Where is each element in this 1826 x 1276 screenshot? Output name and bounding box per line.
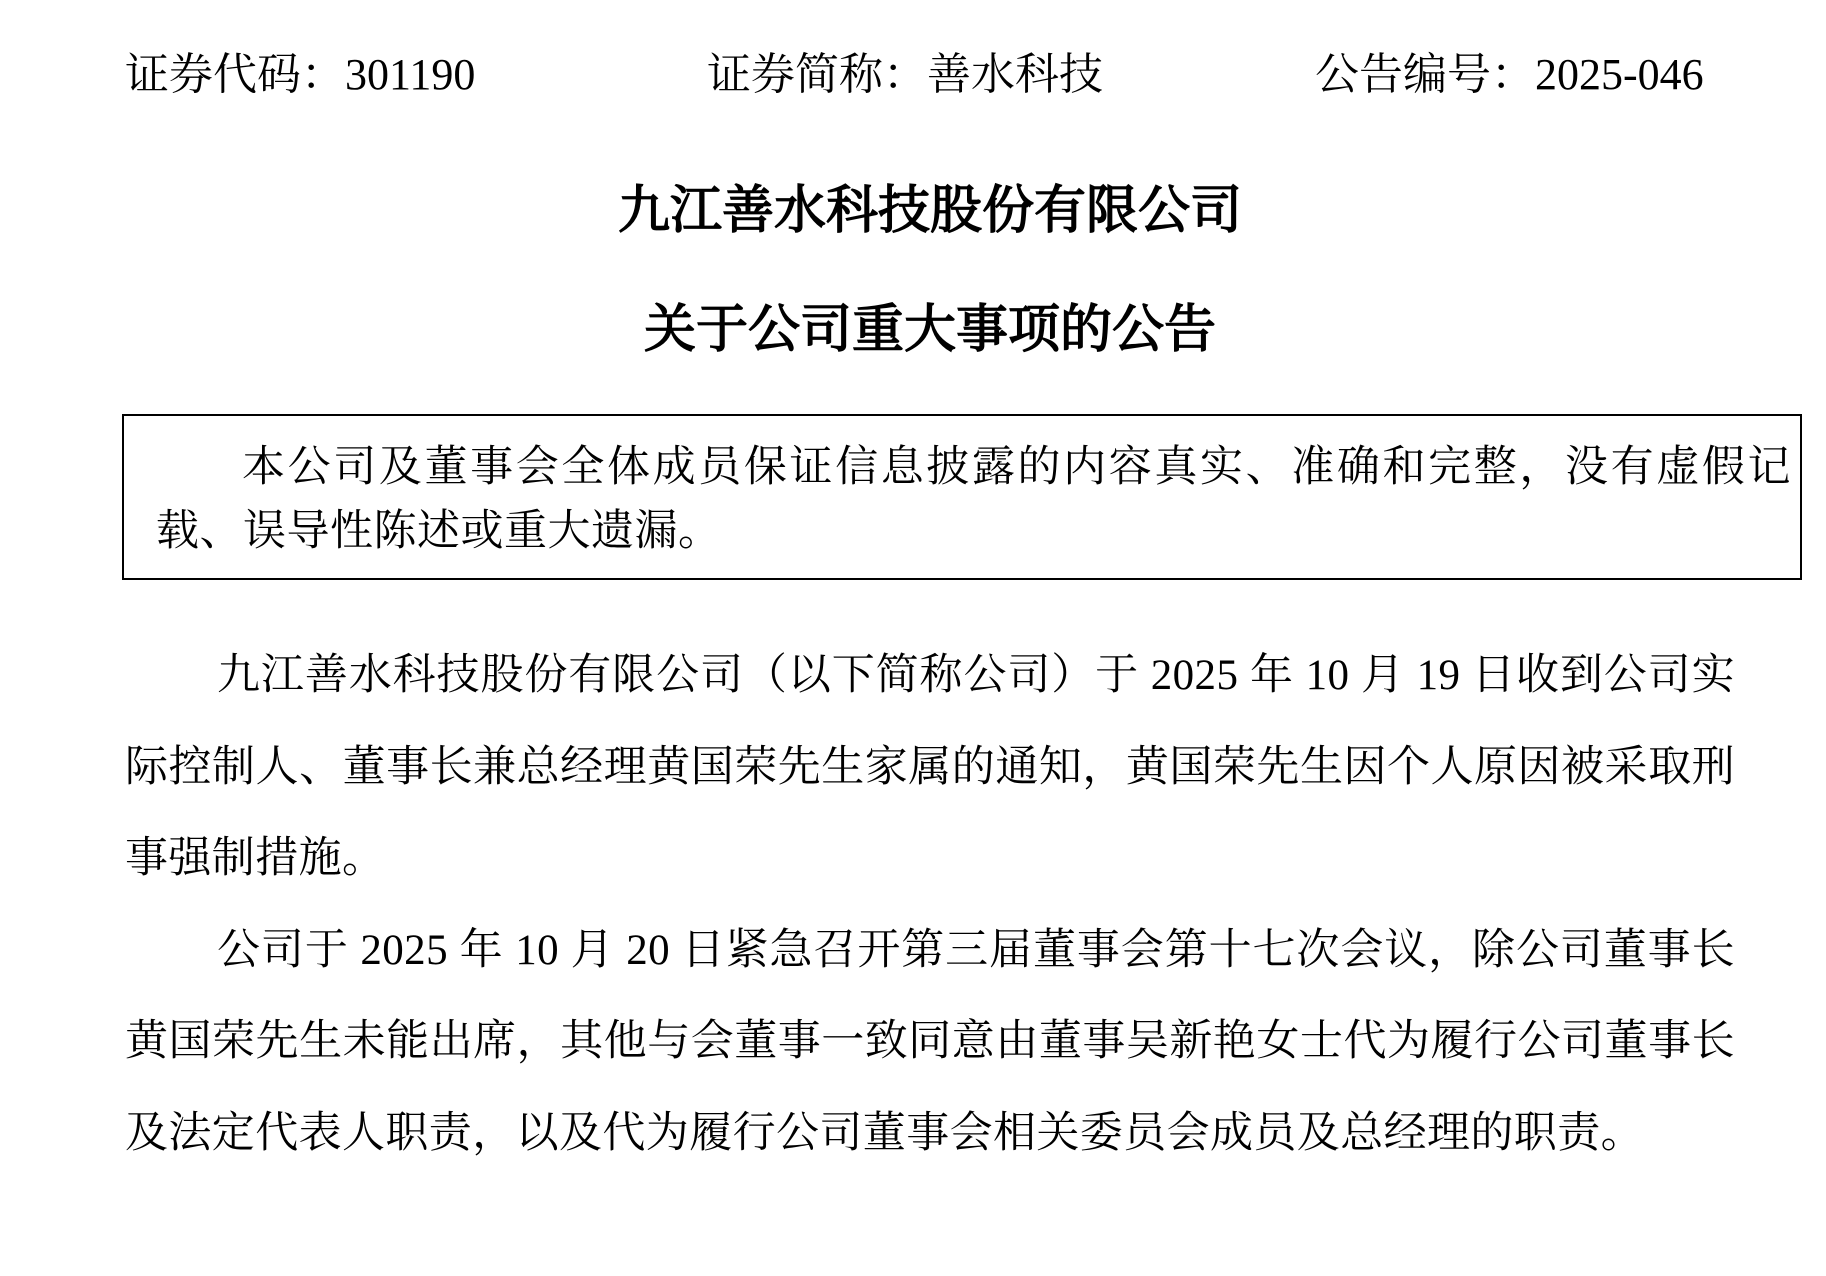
announcement-title: 关于公司重大事项的公告 — [0, 296, 1826, 366]
announcement-body: 九江善水科技股份有限公司（以下简称公司）于 2025 年 10 月 19 日收到… — [125, 630, 1735, 1179]
stock-short-name: 证券简称：善水科技 — [707, 45, 1103, 105]
disclaimer-text: 本公司及董事会全体成员保证信息披露的内容真实、准确和完整，没有虚假记载、误导性陈… — [156, 436, 1791, 564]
stock-code: 证券代码：301190 — [125, 45, 475, 105]
body-paragraph: 公司于 2025 年 10 月 20 日紧急召开第三届董事会第十七次会议，除公司… — [125, 905, 1735, 1180]
company-title: 九江善水科技股份有限公司 — [0, 177, 1826, 247]
announcement-number: 公告编号：2025-046 — [1315, 45, 1704, 105]
body-paragraph: 九江善水科技股份有限公司（以下简称公司）于 2025 年 10 月 19 日收到… — [125, 630, 1735, 905]
disclaimer-box: 本公司及董事会全体成员保证信息披露的内容真实、准确和完整，没有虚假记载、误导性陈… — [122, 414, 1802, 580]
announcement-header: 证券代码：301190 证券简称：善水科技 公告编号：2025-046 — [125, 45, 1725, 105]
